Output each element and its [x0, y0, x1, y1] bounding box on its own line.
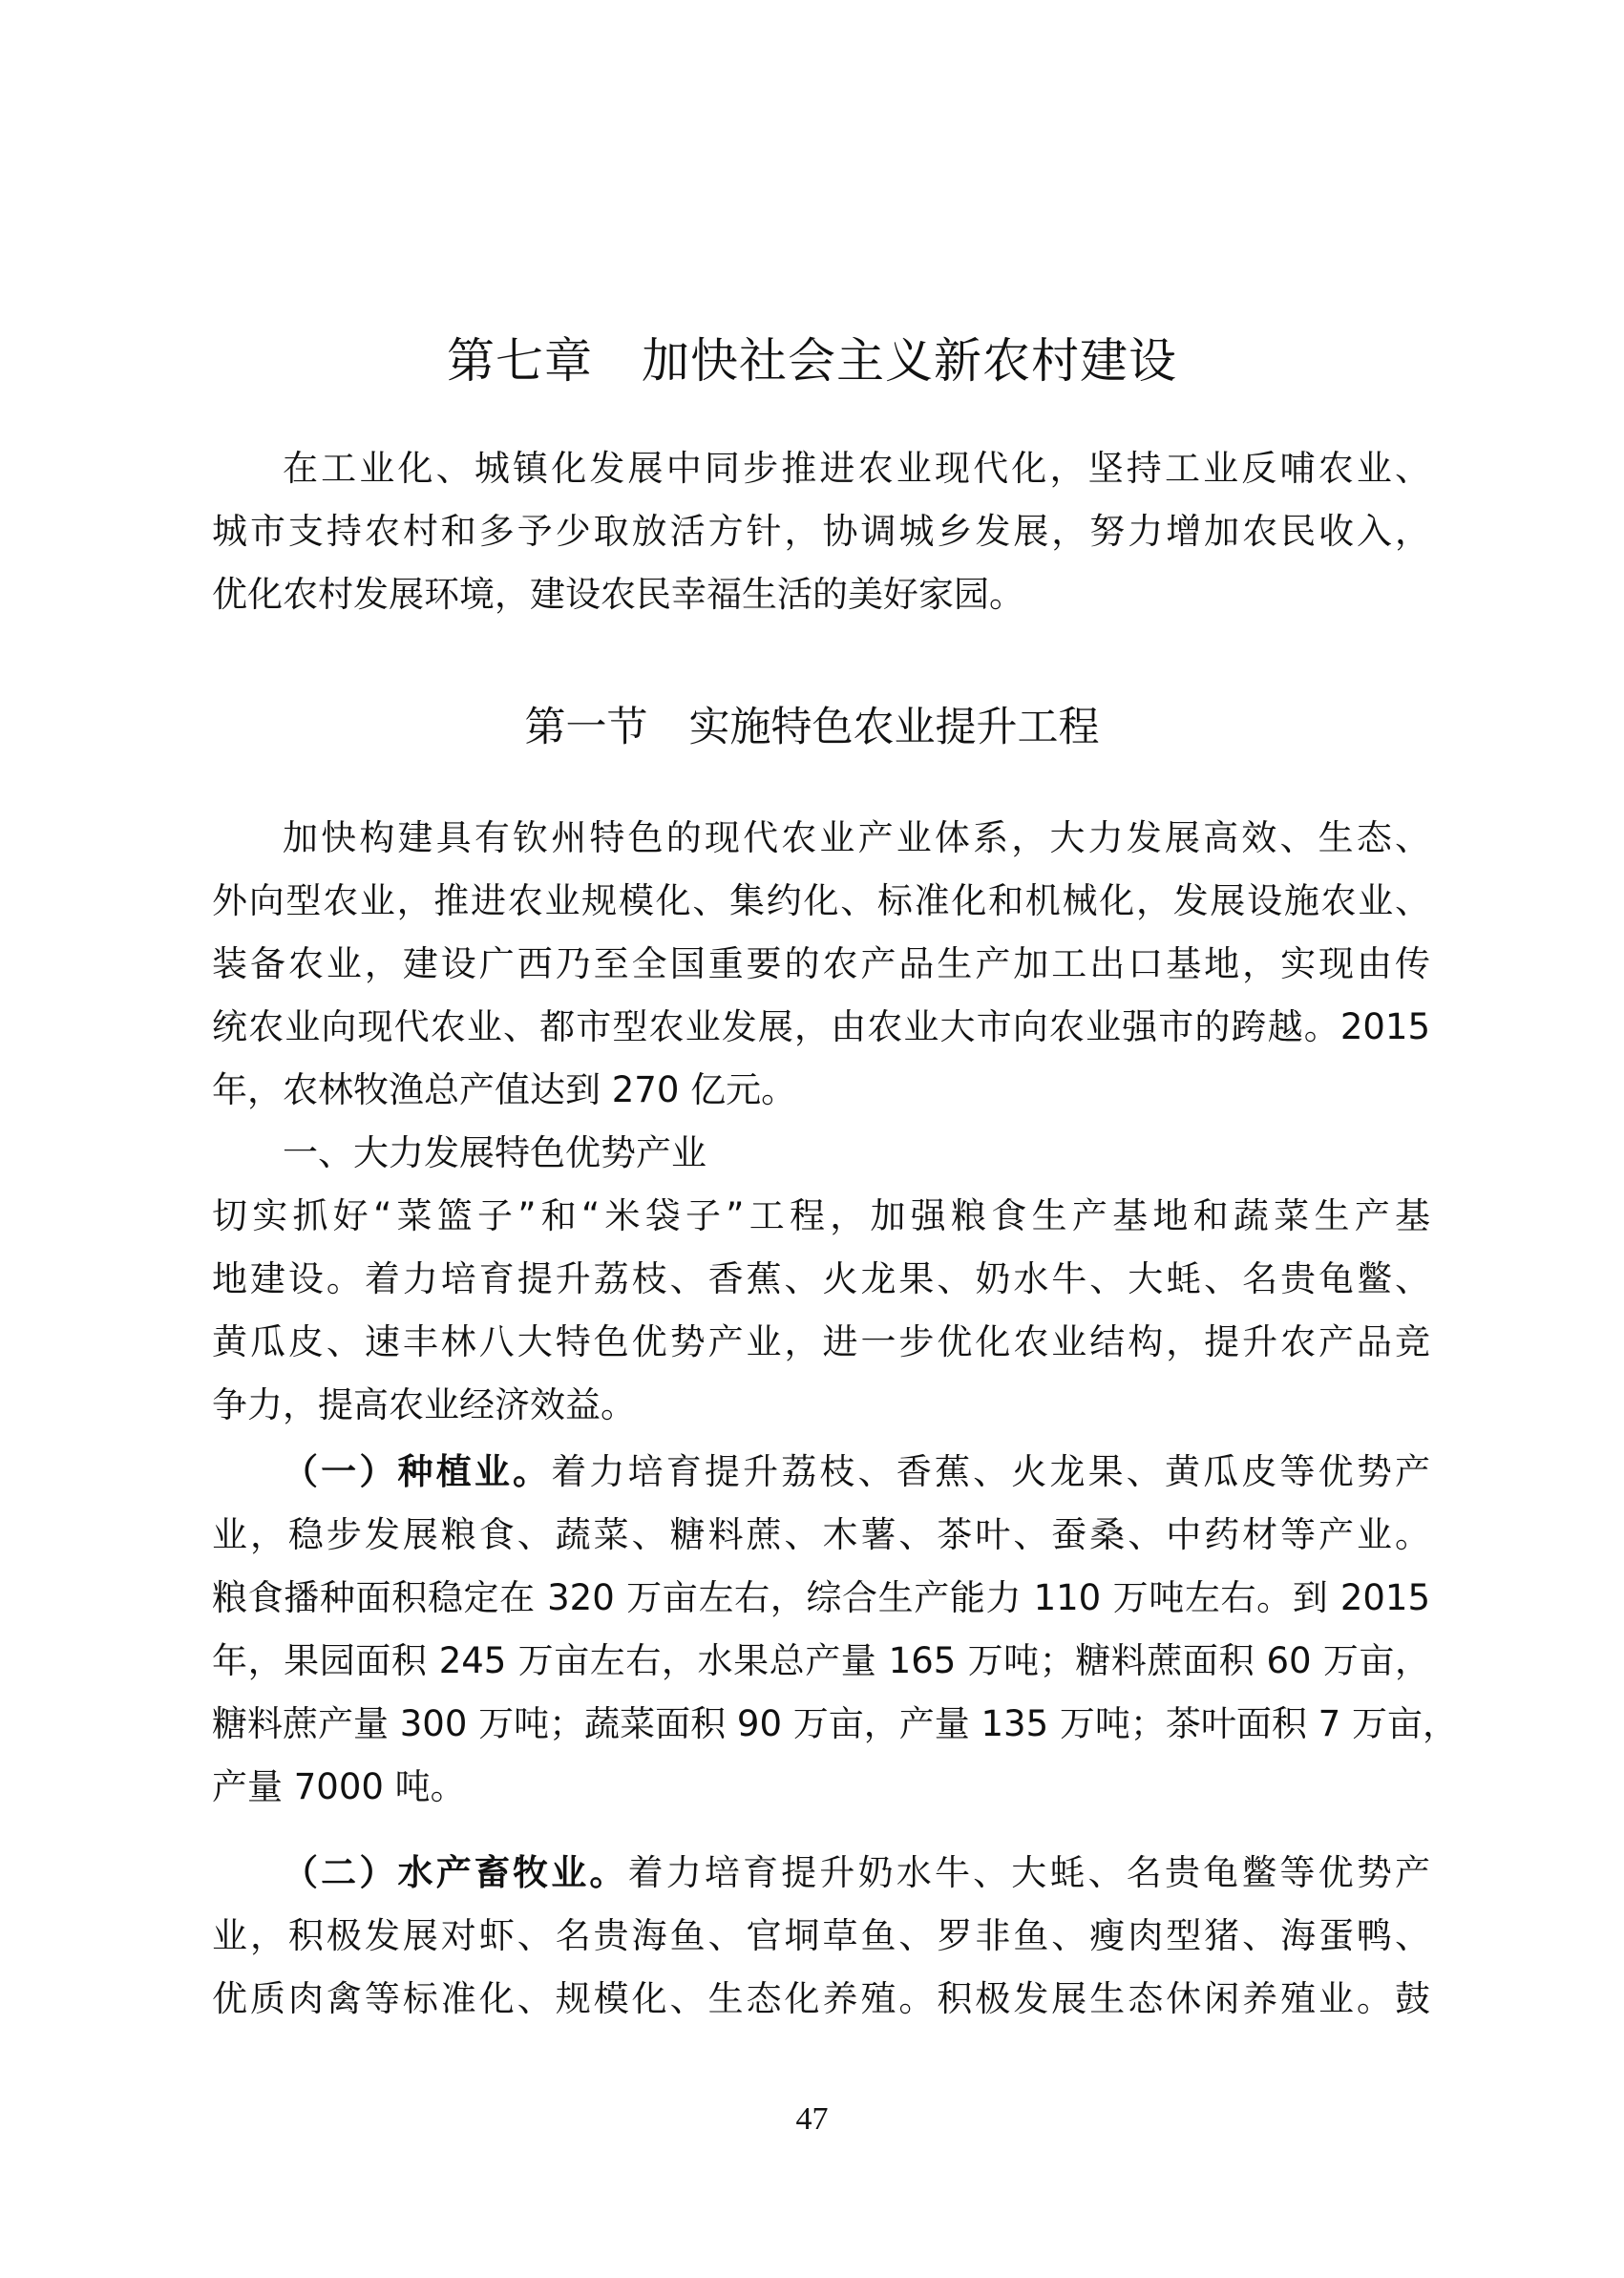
- item-1-line-4: 年，果园面积 245 万亩左右，水果总产量 165 万吨；糖料蔗面积 60 万亩…: [212, 1637, 1430, 1685]
- item-2-line-3: 优质肉禽等标准化、规模化、生态化养殖。积极发展生态休闲养殖业。鼓: [212, 1975, 1430, 2023]
- subheading-1-para-line-3: 黄瓜皮、速丰林八大特色优势产业，进一步优化农业结构，提升农产品竞: [212, 1318, 1430, 1366]
- item-2-first-line-text: 着力培育提升奶水牛、大蚝、名贵龟鳖等优势产: [628, 1852, 1430, 1893]
- section-para-line-1: 加快构建具有钦州特色的现代农业产业体系，大力发展高效、生态、: [283, 814, 1430, 862]
- item-2-line-1: （二）水产畜牧业。着力培育提升奶水牛、大蚝、名贵龟鳖等优势产: [283, 1849, 1430, 1897]
- item-1-line-2: 业，稳步发展粮食、蔬菜、糖料蔗、木薯、茶叶、蚕桑、中药材等产业。: [212, 1511, 1430, 1559]
- section-para-line-3: 装备农业，建设广西乃至全国重要的农产品生产加工出口基地，实现由传: [212, 940, 1430, 988]
- item-1-first-line-text: 着力培育提升荔枝、香蕉、火龙果、黄瓜皮等优势产: [551, 1451, 1430, 1492]
- intro-line-3: 优化农村发展环境，建设农民幸福生活的美好家园。: [212, 571, 1430, 619]
- item-1-line-6: 产量 7000 吨。: [212, 1763, 1430, 1811]
- page-number: 47: [0, 2100, 1624, 2139]
- section-para-line-2: 外向型农业，推进农业规模化、集约化、标准化和机械化，发展设施农业、: [212, 877, 1430, 925]
- item-1-line-1: （一）种植业。着力培育提升荔枝、香蕉、火龙果、黄瓜皮等优势产: [283, 1448, 1430, 1496]
- item-1-line-5: 糖料蔗产量 300 万吨；蔬菜面积 90 万亩，产量 135 万吨；茶叶面积 7…: [212, 1700, 1430, 1748]
- document-page: 第七章 加快社会主义新农村建设 在工业化、城镇化发展中同步推进农业现代化，坚持工…: [0, 0, 1624, 2278]
- intro-line-1: 在工业化、城镇化发展中同步推进农业现代化，坚持工业反哺农业、: [283, 445, 1430, 493]
- section-para-line-4: 统农业向现代农业、都市型农业发展，由农业大市向农业强市的跨越。2015: [212, 1003, 1430, 1051]
- section-title: 第一节 实施特色农业提升工程: [0, 702, 1624, 753]
- intro-line-2: 城市支持农村和多予少取放活方针，协调城乡发展，努力增加农民收入，: [212, 508, 1430, 556]
- item-1-label: （一）种植业。: [283, 1451, 551, 1492]
- item-2-label: （二）水产畜牧业。: [283, 1852, 628, 1893]
- chapter-title: 第七章 加快社会主义新农村建设: [0, 332, 1624, 390]
- subheading-1-para-line-2: 地建设。着力培育提升荔枝、香蕉、火龙果、奶水牛、大蚝、名贵龟鳖、: [212, 1255, 1430, 1303]
- item-1-line-3: 粮食播种面积稳定在 320 万亩左右，综合生产能力 110 万吨左右。到 201…: [212, 1574, 1430, 1622]
- subheading-1-para-line-1: 切实抓好“菜篮子”和“米袋子”工程，加强粮食生产基地和蔬菜生产基: [212, 1192, 1430, 1240]
- subheading-1-para-line-4: 争力，提高农业经济效益。: [212, 1382, 1430, 1429]
- subheading-1: 一、大力发展特色优势产业: [283, 1129, 1430, 1177]
- section-para-line-5: 年，农林牧渔总产值达到 270 亿元。: [212, 1066, 1430, 1114]
- item-2-line-2: 业，积极发展对虾、名贵海鱼、官垌草鱼、罗非鱼、瘦肉型猪、海蛋鸭、: [212, 1912, 1430, 1960]
